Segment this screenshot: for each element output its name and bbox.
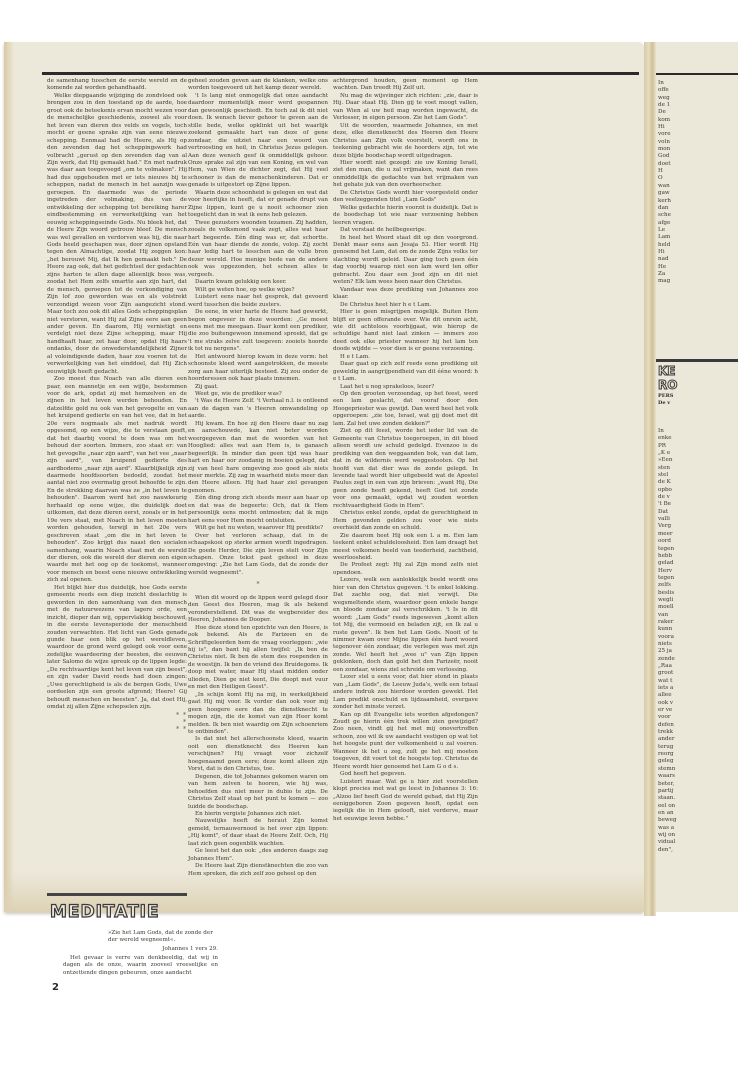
right-page-line: vidual xyxy=(658,839,738,846)
paragraph: Het blijkt hier dus duidelijk, hoe Gods … xyxy=(47,585,187,712)
right-page-line: valli xyxy=(658,516,738,523)
right-page-line: stel xyxy=(658,472,738,479)
paragraph: Christus enkel zonde, opdat de gerechtig… xyxy=(333,510,478,532)
right-page-line: was a xyxy=(658,825,738,832)
right-page-line: wegli xyxy=(658,597,738,604)
right-page-line: trekk xyxy=(658,729,738,736)
paragraph: Hoe deze stond ten opzichte van den Heer… xyxy=(188,625,328,692)
section-divider-stars: * * xyxy=(47,712,187,719)
paragraph: In heel het Woord staat dit op den voorg… xyxy=(333,235,478,287)
right-page-line: God xyxy=(658,153,738,160)
column-2: geheel zouden geven aan de klanken, welk… xyxy=(188,78,328,878)
paragraph: Hier wordt niet gezegd: zie uw Koning Is… xyxy=(333,160,478,190)
paragraph: geheel zouden geven aan de klanken, welk… xyxy=(188,78,328,93)
right-page-line: 't Be xyxy=(658,501,738,508)
paragraph: Ziet op dit feest, worde het ieder lid v… xyxy=(333,428,478,510)
paragraph: Twee gezusters woonden tezamen. Zij hadd… xyxy=(188,220,328,280)
right-page-line: offe xyxy=(658,87,738,94)
right-page-heading-line: KE xyxy=(658,364,738,378)
right-page-line: Lam xyxy=(658,234,738,241)
section-divider-stars: * * xyxy=(47,726,187,733)
right-page-line: den", xyxy=(658,847,738,854)
right-page-line: In xyxy=(658,80,738,87)
paragraph: Daarin kwam gelukkig een keer. xyxy=(188,279,328,286)
paragraph: Dat verstaat de heilbegeerige. xyxy=(333,227,478,234)
right-page-line: kom xyxy=(658,117,738,124)
paragraph: Is dat niet het allerschoonste kleed, wa… xyxy=(188,736,328,773)
right-page-line: beweg xyxy=(658,817,738,824)
right-page-line: stemn xyxy=(658,766,738,773)
paragraph: Zie daarom heet Hij ook een L a m. Een l… xyxy=(333,533,478,563)
right-page-line: „K e xyxy=(658,450,738,457)
right-page-line: tegen xyxy=(658,546,738,553)
paragraph: 't Was de Heere Zelf. 't Verhaal n.l. is… xyxy=(188,398,328,420)
right-page-line: He xyxy=(658,264,738,271)
right-page-line: doet xyxy=(658,161,738,168)
right-page-line: zende xyxy=(658,656,738,663)
right-page-line: allee xyxy=(658,692,738,699)
right-page-line: gaw xyxy=(658,190,738,197)
paragraph: De Heere laat Zijn dienstknechten die zo… xyxy=(188,863,328,878)
right-page-line: held xyxy=(658,242,738,249)
right-page-line: sten xyxy=(658,465,738,472)
right-page-line: hebb xyxy=(658,553,738,560)
right-page-line: eel on xyxy=(658,803,738,810)
section-divider-star: * xyxy=(188,581,328,588)
paragraph: Degenen, die tot Johannes gekomen waren … xyxy=(188,774,328,811)
right-page-line: staan. xyxy=(658,795,738,802)
right-page-line: oord xyxy=(658,538,738,545)
right-page-line: meer xyxy=(658,531,738,538)
right-page-line: raker xyxy=(658,619,738,626)
right-page-line: beslis xyxy=(658,590,738,597)
paragraph: Luistert maar. Wat ge u hier ziet voorst… xyxy=(333,779,478,824)
right-page-line: zelfs xyxy=(658,582,738,589)
paragraph: Vandaar was deze prediking van Johannes … xyxy=(333,287,478,302)
paragraph: Wien dit woord op de lippen werd gelegd … xyxy=(188,595,328,625)
meditation-title: MEDITATIE xyxy=(50,902,160,922)
right-page-heading-line: RO xyxy=(658,378,738,392)
paragraph: Welke gedachte hierin voorzit is duideli… xyxy=(333,205,478,227)
right-page-line: defen xyxy=(658,722,738,729)
right-page-line: geleg xyxy=(658,758,738,765)
right-page-line: voln xyxy=(658,139,738,146)
right-page-subheading-line: PERS xyxy=(658,393,738,400)
top-rule xyxy=(42,72,639,75)
meditation-quote: »Zie het Lam Gods, dat de zonde der der … xyxy=(108,930,216,945)
right-page-line: Za xyxy=(658,271,738,278)
paragraph: De Christus heet hier h e t Lam. xyxy=(333,302,478,309)
paragraph: Op den grooten verzoendag, op het feest,… xyxy=(333,391,478,428)
right-page-line: Hi xyxy=(658,249,738,256)
right-page-line: de v xyxy=(658,494,738,501)
right-page-line: enke xyxy=(658,435,738,442)
right-page-line: gelad xyxy=(658,560,738,567)
paragraph: En hierin vergiste Johannes zich niet. xyxy=(188,811,328,818)
paragraph: De eene, in wier harte de Heere had gewe… xyxy=(188,309,328,354)
paragraph: Wilt ge weten hoe, op welke wijze? xyxy=(188,287,328,294)
right-page-line: In xyxy=(658,428,738,435)
right-page-line: reorg xyxy=(658,751,738,758)
right-page-line: mon xyxy=(658,146,738,153)
paragraph: Lezers, welk een aanlokkelijk beeld word… xyxy=(333,577,478,674)
right-page-line: voora xyxy=(658,634,738,641)
right-page-line: tegen xyxy=(658,575,738,582)
right-page-line: vore xyxy=(658,131,738,138)
paragraph: Kan op dit Evangelie iets worden afgedon… xyxy=(333,712,478,772)
right-page-line: sche xyxy=(658,212,738,219)
right-page-text-top: Inoffewegde 1DekomHivorevolnmonGoddoetHO… xyxy=(658,80,738,286)
paragraph: Laat het u nog sprakeloos, lezer? xyxy=(333,384,478,391)
paragraph: achtergrond houden, geen moment op Hem w… xyxy=(333,78,478,93)
right-page-line: ook v xyxy=(658,700,738,707)
right-page-line: niets xyxy=(658,641,738,648)
paragraph: Weet ge, wie de prediker was? xyxy=(188,391,328,398)
paragraph: Luistert eens naar het gesprek, dat gevo… xyxy=(188,294,328,309)
right-page-line: Le xyxy=(658,227,738,234)
right-page-line: Verg xyxy=(658,523,738,530)
right-page-subheading-line: De v xyxy=(658,400,738,407)
right-page-line: terug xyxy=(658,744,738,751)
meditation-paragraph: Het gevaar is verre van denkbeeldig, dat… xyxy=(63,955,218,977)
right-page-subheading: PERSDe v xyxy=(658,393,738,408)
right-page-line: De xyxy=(658,109,738,116)
paragraph: Nauwelijks heeft de heraut Zijn komst ge… xyxy=(188,818,328,848)
paragraph: Eén ding drong zich steeds meer aan haar… xyxy=(188,495,328,525)
paragraph: Waarin deze schoonheid is gelegen en wat… xyxy=(188,190,328,220)
right-page-line: voor xyxy=(658,714,738,721)
right-page-line: Dat xyxy=(658,509,738,516)
column-1: de samenhang tusschen de eerste wereld e… xyxy=(47,78,187,734)
paragraph: Hier is geen misgrijpen mogelijk. Buiten… xyxy=(333,309,478,354)
paragraph: Daar gaat op zich zelf reeds eene predik… xyxy=(333,361,478,383)
column-3: achtergrond houden, geen moment op Hem w… xyxy=(333,78,478,823)
right-page-line: afge xyxy=(658,220,738,227)
right-page-line: opbo xyxy=(658,487,738,494)
right-page-line: partij xyxy=(658,788,738,795)
paragraph: H e t Lam. xyxy=(333,354,478,361)
right-page-line: ander xyxy=(658,736,738,743)
right-page-line: en an xyxy=(658,810,738,817)
right-page-rule xyxy=(656,73,738,75)
paragraph: Uit de woorden, waarmede Johannes, en me… xyxy=(333,123,478,160)
right-page-heading: KERO xyxy=(658,364,738,392)
right-page-line: kunn xyxy=(658,626,738,633)
right-page-line: H xyxy=(658,168,738,175)
right-page-line: 25 ja xyxy=(658,648,738,655)
right-page-line: groot xyxy=(658,670,738,677)
page-gutter xyxy=(644,42,656,916)
right-page-line: PR xyxy=(658,443,738,450)
right-page-line: kerh xyxy=(658,198,738,205)
paragraph: Over het verloren schaap, dat in de scha… xyxy=(188,533,328,578)
right-page-line: weg xyxy=(658,95,738,102)
paragraph: „In schijn komt Hij na mij, in werkelijk… xyxy=(188,692,328,737)
paragraph: Hij kwam. En hoe zij den Heere daar nu z… xyxy=(188,421,328,496)
page-number: 2 xyxy=(52,982,59,993)
right-page-line: wan xyxy=(658,183,738,190)
right-page-line: de K xyxy=(658,479,738,486)
right-page-line: wij on xyxy=(658,832,738,839)
right-page-line: nad xyxy=(658,256,738,263)
right-page-line: er ve xyxy=(658,707,738,714)
right-page-line: dan xyxy=(658,205,738,212)
paragraph: Het antwoord hierop kwam in deze vorm: h… xyxy=(188,354,328,384)
right-page-line: mag xyxy=(658,278,738,285)
meditation-reference: Johannes 1 vers 29. xyxy=(150,946,218,952)
right-page-line: beter, xyxy=(658,781,738,788)
right-page-heading-rule xyxy=(656,359,738,362)
paragraph: God heeft het gegeven. xyxy=(333,771,478,778)
right-page-line: »Een xyxy=(658,457,738,464)
right-page-line: moell xyxy=(658,604,738,611)
paragraph: Wilt ge het nu weten, waarover Hij predi… xyxy=(188,525,328,532)
paragraph: Zoo moest dus Noach van alle dieren een … xyxy=(47,376,187,585)
meditation-rule xyxy=(47,893,187,896)
right-page-line: wat t xyxy=(658,678,738,685)
right-page-line: iets a xyxy=(658,685,738,692)
section-divider-stars: * xyxy=(47,719,187,726)
right-page-line: O xyxy=(658,175,738,182)
paragraph: de samenhang tusschen de eerste wereld e… xyxy=(47,78,187,93)
right-page-text-bottom: InenkePR„K e»Eenstenstelde Kopbode v't B… xyxy=(658,428,738,854)
right-page-line: Herv xyxy=(658,568,738,575)
paragraph: De Profeet zegt: Hij zal Zijn mond zelfs… xyxy=(333,562,478,577)
paragraph: Lezer stel u eens voor, dat hier stond i… xyxy=(333,674,478,711)
right-page-line: waars xyxy=(658,773,738,780)
right-page-line: Hi xyxy=(658,124,738,131)
paragraph: Ge leest het dan ook: „des anderen daags… xyxy=(188,848,328,863)
right-page-line: „Raa xyxy=(658,663,738,670)
paragraph: De Christus Gods wordt hier voorgesteld … xyxy=(333,190,478,205)
meditation-body: Het gevaar is verre van denkbeeldig, dat… xyxy=(63,955,218,977)
right-page-line: van xyxy=(658,612,738,619)
paragraph: Welke diepgaande wijziging de zondvloed … xyxy=(47,93,187,376)
right-page-line: de 1 xyxy=(658,102,738,109)
paragraph: 't Is lang niet onmogelijk dat onze aand… xyxy=(188,93,328,190)
paragraph: Zij gaat. xyxy=(188,384,328,391)
paragraph: Nu mag de wijsvinger zich richten: „zie,… xyxy=(333,93,478,123)
